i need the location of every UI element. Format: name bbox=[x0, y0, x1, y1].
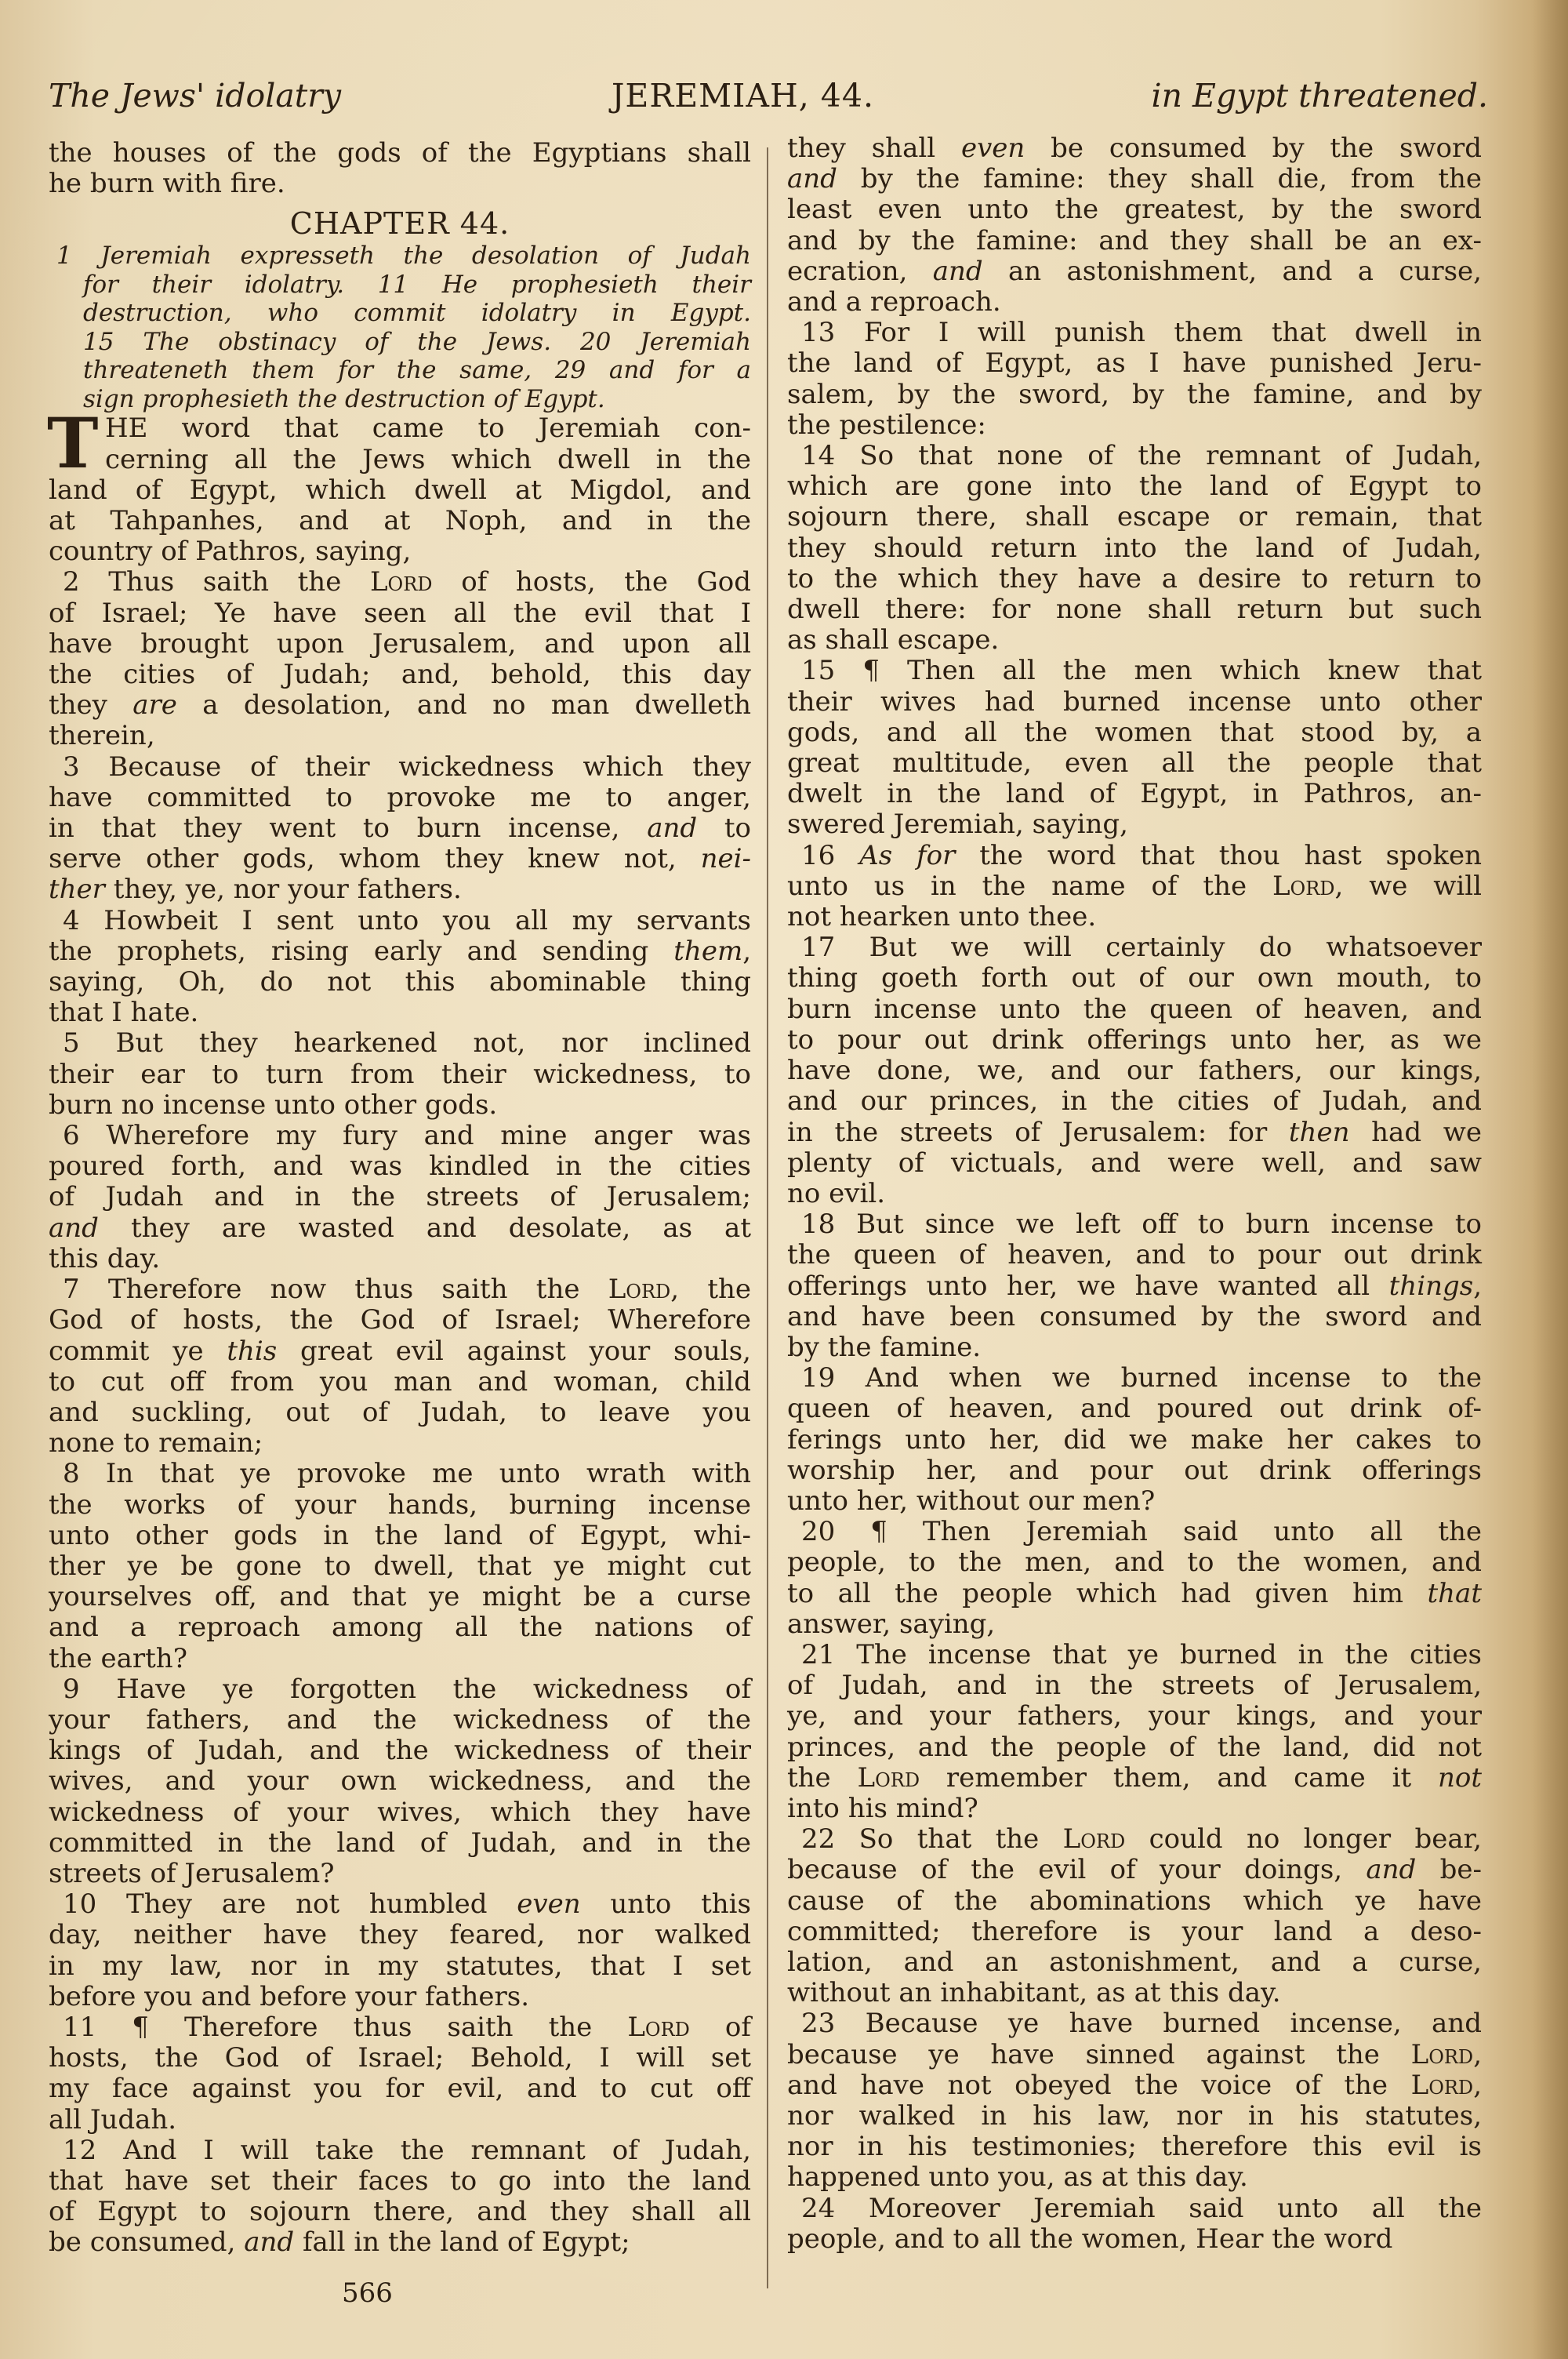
text-line: of Egypt to sojourn there, and they shal… bbox=[49, 2197, 751, 2227]
text-line: saying, Oh, do not this abominable thing bbox=[49, 967, 751, 998]
text-line: 4 Howbeit I sent unto you all my servant… bbox=[49, 906, 751, 936]
text-line: wives, and your own wickedness, and the bbox=[49, 1766, 751, 1797]
verse: 24 Moreover Jeremiah said unto all thepe… bbox=[787, 2194, 1482, 2255]
text-line: and by the famine: they shall die, from … bbox=[787, 164, 1482, 194]
text-line: yourselves off, and that ye might be a c… bbox=[49, 1582, 751, 1612]
text-line: HE word that came to Jeremiah con- bbox=[49, 413, 751, 444]
text-line: princes, and the people of the land, did… bbox=[787, 1732, 1482, 1763]
text-line: 14 So that none of the remnant of Judah, bbox=[787, 441, 1482, 471]
text-line: and have been consumed by the sword and bbox=[787, 1302, 1482, 1332]
summary-line: threateneth them for the same, 29 and fo… bbox=[49, 356, 751, 385]
text-line: 21 The incense that ye burned in the cit… bbox=[787, 1640, 1482, 1670]
text-line: they are a desolation, and no man dwelle… bbox=[49, 690, 751, 721]
text-line: 8 In that ye provoke me unto wrath with bbox=[49, 1459, 751, 1489]
verse: 9 Have ye forgotten the wickedness ofyou… bbox=[49, 1674, 751, 1889]
text-line: swered Jeremiah, saying, bbox=[787, 809, 1482, 840]
text-line: 24 Moreover Jeremiah said unto all the bbox=[787, 2194, 1482, 2224]
text-line: commit ye this great evil against your s… bbox=[49, 1336, 751, 1367]
summary-line: 15 The obstinacy of the Jews. 20 Jeremia… bbox=[49, 328, 751, 357]
text-line: ye, and your fathers, your kings, and yo… bbox=[787, 1701, 1482, 1732]
left-verses: 2 Thus saith the Lord of hosts, the Godo… bbox=[49, 567, 751, 2258]
text-line: great multitude, even all the people tha… bbox=[787, 748, 1482, 779]
text-line: without an inhabitant, as at this day. bbox=[787, 1978, 1482, 2008]
text-line: 19 And when we burned incense to the bbox=[787, 1363, 1482, 1394]
text-line: to the which they have a desire to retur… bbox=[787, 564, 1482, 594]
running-head: The Jews' idolatry JEREMIAH, 44. in Egyp… bbox=[49, 77, 1488, 124]
text-line: unto us in the name of the Lord, we will bbox=[787, 871, 1482, 902]
text-line: 20 ¶ Then Jeremiah said unto all the bbox=[787, 1517, 1482, 1547]
text-line: 9 Have ye forgotten the wickedness of bbox=[49, 1674, 751, 1705]
verse: 10 They are not humbled even unto thisda… bbox=[49, 1889, 751, 2012]
verse: 4 Howbeit I sent unto you all my servant… bbox=[49, 906, 751, 1029]
text-line: have committed to provoke me to anger, bbox=[49, 783, 751, 813]
verse: 5 But they hearkened not, nor inclinedth… bbox=[49, 1028, 751, 1121]
text-line: 22 So that the Lord could no longer bear… bbox=[787, 1824, 1482, 1855]
text-line: by the famine. bbox=[787, 1332, 1482, 1363]
verse: 19 And when we burned incense to thequee… bbox=[787, 1363, 1482, 1517]
text-line: the works of your hands, burning incense bbox=[49, 1490, 751, 1521]
verse: they shall even be consumed by the sword… bbox=[787, 133, 1482, 318]
text-line: 5 But they hearkened not, nor inclined bbox=[49, 1028, 751, 1059]
verse: 15 ¶ Then all the men which knew thatthe… bbox=[787, 656, 1482, 840]
summary-line: sign prophesieth the destruction of Egyp… bbox=[49, 385, 751, 414]
text-line: they should return into the land of Juda… bbox=[787, 533, 1482, 564]
text-line: lation, and an astonishment, and a curse… bbox=[787, 1947, 1482, 1978]
text-line: 2 Thus saith the Lord of hosts, the God bbox=[49, 567, 751, 598]
text-line: into his mind? bbox=[787, 1794, 1482, 1824]
text-line: salem, by the sword, by the famine, and … bbox=[787, 380, 1482, 410]
text-line: least even unto the greatest, by the swo… bbox=[787, 194, 1482, 225]
text-line: that have set their faces to go into the… bbox=[49, 2166, 751, 2197]
summary-line: 1 Jeremiah expresseth the desolation of … bbox=[49, 242, 751, 271]
text-line: dwelt in the land of Egypt, in Pathros, … bbox=[787, 779, 1482, 809]
text-line: 23 Because ye have burned incense, and bbox=[787, 2008, 1482, 2039]
summary-line: for their idolatry. 11 He prophesieth th… bbox=[49, 271, 751, 300]
text-line: kings of Judah, and the wickedness of th… bbox=[49, 1736, 751, 1766]
text-line: 11 ¶ Therefore thus saith the Lord of bbox=[49, 2012, 751, 2043]
verse: 3 Because of their wickedness which they… bbox=[49, 752, 751, 906]
text-line: their ear to turn from their wickedness,… bbox=[49, 1060, 751, 1090]
text-line: dwell there: for none shall return but s… bbox=[787, 594, 1482, 625]
text-line: none to remain; bbox=[49, 1428, 751, 1459]
text-line: in the streets of Jerusalem: for then ha… bbox=[787, 1118, 1482, 1148]
text-line: because ye have sinned against the Lord, bbox=[787, 2040, 1482, 2070]
verse: 6 Wherefore my fury and mine anger waspo… bbox=[49, 1121, 751, 1274]
text-line: wickedness of your wives, which they hav… bbox=[49, 1797, 751, 1828]
text-line: people, and to all the women, Hear the w… bbox=[787, 2224, 1482, 2255]
text-line: the prophets, rising early and sending t… bbox=[49, 936, 751, 967]
text-line: offerings unto her, we have wanted all t… bbox=[787, 1271, 1482, 1302]
text-line: God of hosts, the God of Israel; Wherefo… bbox=[49, 1305, 751, 1336]
text-line: of Israel; Ye have seen all the evil tha… bbox=[49, 598, 751, 629]
verse: 14 So that none of the remnant of Judah,… bbox=[787, 441, 1482, 656]
text-line: people, to the men, and to the women, an… bbox=[787, 1547, 1482, 1578]
text-line: the cities of Judah; and, behold, this d… bbox=[49, 660, 751, 690]
text-line: streets of Jerusalem? bbox=[49, 1859, 751, 1889]
verse: 16 As for the word that thou hast spoken… bbox=[787, 841, 1482, 933]
text-line: of Judah and in the streets of Jerusalem… bbox=[49, 1182, 751, 1212]
text-line: and a reproach. bbox=[787, 287, 1482, 318]
text-line: your fathers, and the wickedness of the bbox=[49, 1705, 751, 1736]
verse: 2 Thus saith the Lord of hosts, the Godo… bbox=[49, 567, 751, 751]
text-line: he burn with fire. bbox=[49, 169, 751, 199]
verse: 23 Because ye have burned incense, andbe… bbox=[787, 2008, 1482, 2193]
text-line: and they are wasted and desolate, as at bbox=[49, 1213, 751, 1244]
text-line: ferings unto her, did we make her cakes … bbox=[787, 1425, 1482, 1456]
text-line: 15 ¶ Then all the men which knew that bbox=[787, 656, 1482, 686]
text-line: the earth? bbox=[49, 1644, 751, 1674]
verse: 11 ¶ Therefore thus saith the Lord ofhos… bbox=[49, 2012, 751, 2135]
text-line: ecration, and an astonishment, and a cur… bbox=[787, 256, 1482, 287]
text-line: the houses of the gods of the Egyptians … bbox=[49, 138, 751, 169]
text-line: not hearken unto thee. bbox=[787, 902, 1482, 932]
text-line: to cut off from you man and woman, child bbox=[49, 1367, 751, 1398]
text-line: 12 And I will take the remnant of Judah, bbox=[49, 2135, 751, 2166]
text-line: committed in the land of Judah, and in t… bbox=[49, 1828, 751, 1859]
text-line: their wives had burned incense unto othe… bbox=[787, 687, 1482, 718]
page-number: 566 bbox=[342, 2277, 393, 2309]
text-line: my face against you for evil, and to cut… bbox=[49, 2074, 751, 2104]
text-line: the land of Egypt, as I have punished Je… bbox=[787, 348, 1482, 379]
text-line: and by the famine: and they shall be an … bbox=[787, 226, 1482, 256]
chapter-title: CHAPTER 44. bbox=[49, 205, 751, 242]
text-line: and our princes, in the cities of Judah,… bbox=[787, 1086, 1482, 1117]
text-line: unto other gods in the land of Egypt, wh… bbox=[49, 1521, 751, 1551]
text-line: 18 But since we left off to burn incense… bbox=[787, 1209, 1482, 1240]
text-line: therein, bbox=[49, 721, 751, 751]
verse: 22 So that the Lord could no longer bear… bbox=[787, 1824, 1482, 2008]
verse: 7 Therefore now thus saith the Lord, the… bbox=[49, 1274, 751, 1459]
text-line: 16 As for the word that thou hast spoken bbox=[787, 841, 1482, 871]
text-line: the queen of heaven, and to pour out dri… bbox=[787, 1240, 1482, 1270]
drop-cap: T bbox=[47, 412, 98, 474]
text-line: worship her, and pour out drink offering… bbox=[787, 1456, 1482, 1486]
right-verses: they shall even be consumed by the sword… bbox=[787, 133, 1482, 2255]
text-line: nor in his testimonies; therefore this e… bbox=[787, 2132, 1482, 2162]
text-line: answer, saying, bbox=[787, 1609, 1482, 1640]
verse: 18 But since we left off to burn incense… bbox=[787, 1209, 1482, 1363]
text-line: they shall even be consumed by the sword bbox=[787, 133, 1482, 164]
text-line: 6 Wherefore my fury and mine anger was bbox=[49, 1121, 751, 1151]
running-head-center: JEREMIAH, 44. bbox=[612, 77, 874, 114]
text-line: queen of heaven, and poured out drink of… bbox=[787, 1394, 1482, 1424]
text-line: which are gone into the land of Egypt to bbox=[787, 471, 1482, 502]
column-divider bbox=[767, 147, 768, 2288]
text-line: 7 Therefore now thus saith the Lord, the bbox=[49, 1274, 751, 1305]
text-line: 13 For I will punish them that dwell in bbox=[787, 318, 1482, 348]
text-line: plenty of victuals, and were well, and s… bbox=[787, 1148, 1482, 1179]
text-line: happened unto you, as at this day. bbox=[787, 2162, 1482, 2193]
bible-page: The Jews' idolatry JEREMIAH, 44. in Egyp… bbox=[0, 0, 1568, 2359]
text-line: thing goeth forth out of our own mouth, … bbox=[787, 963, 1482, 994]
right-column: they shall even be consumed by the sword… bbox=[787, 133, 1482, 2255]
text-line: as shall escape. bbox=[787, 625, 1482, 656]
verse: 21 The incense that ye burned in the cit… bbox=[787, 1640, 1482, 1824]
text-line: burn incense unto the queen of heaven, a… bbox=[787, 994, 1482, 1025]
text-line: committed; therefore is your land a deso… bbox=[787, 1917, 1482, 1947]
running-head-left: The Jews' idolatry bbox=[49, 77, 341, 114]
verse-1: T HE word that came to Jeremiah con- cer… bbox=[49, 413, 751, 567]
text-line: nor walked in his law, nor in his statut… bbox=[787, 2101, 1482, 2132]
chapter-summary: 1 Jeremiah expresseth the desolation of … bbox=[49, 242, 751, 413]
running-head-right: in Egypt threatened. bbox=[1151, 77, 1488, 114]
text-line: ther ye be gone to dwell, that ye might … bbox=[49, 1551, 751, 1582]
text-line: be consumed, and fall in the land of Egy… bbox=[49, 2227, 751, 2258]
text-line: and suckling, out of Judah, to leave you bbox=[49, 1398, 751, 1428]
text-line: and have not obeyed the voice of the Lor… bbox=[787, 2070, 1482, 2101]
text-line: of Judah, and in the streets of Jerusale… bbox=[787, 1670, 1482, 1701]
text-line: country of Pathros, saying, bbox=[49, 536, 751, 567]
text-line: serve other gods, whom they knew not, ne… bbox=[49, 844, 751, 874]
text-line: the pestilence: bbox=[787, 410, 1482, 441]
summary-line: destruction, who commit idolatry in Egyp… bbox=[49, 299, 751, 328]
text-line: have done, we, and our fathers, our king… bbox=[787, 1056, 1482, 1086]
carryover-text: the houses of the gods of the Egyptians … bbox=[49, 138, 751, 199]
text-line: hosts, the God of Israel; Behold, I will… bbox=[49, 2043, 751, 2074]
page-edge-shadow bbox=[1532, 0, 1568, 2359]
verse: 20 ¶ Then Jeremiah said unto all thepeop… bbox=[787, 1517, 1482, 1640]
text-line: 3 Because of their wickedness which they bbox=[49, 752, 751, 783]
text-line: gods, and all the women that stood by, a bbox=[787, 718, 1482, 748]
text-line: at Tahpanhes, and at Noph, and in the bbox=[49, 506, 751, 536]
text-line: in my law, nor in my statutes, that I se… bbox=[49, 1951, 751, 1982]
text-line: ther they, ye, nor your fathers. bbox=[49, 874, 751, 905]
text-line: sojourn there, shall escape or remain, t… bbox=[787, 502, 1482, 533]
verse: 17 But we will certainly do whatsoeverth… bbox=[787, 932, 1482, 1209]
text-line: this day. bbox=[49, 1244, 751, 1274]
text-line: the Lord remember them, and came it not bbox=[787, 1763, 1482, 1794]
text-line: land of Egypt, which dwell at Migdol, an… bbox=[49, 475, 751, 506]
text-line: day, neither have they feared, nor walke… bbox=[49, 1920, 751, 1950]
text-line: 17 But we will certainly do whatsoever bbox=[787, 932, 1482, 963]
text-line: and a reproach among all the nations of bbox=[49, 1612, 751, 1643]
verse: 13 For I will punish them that dwell int… bbox=[787, 318, 1482, 441]
text-line: burn no incense unto other gods. bbox=[49, 1090, 751, 1121]
text-line: unto her, without our men? bbox=[787, 1486, 1482, 1517]
text-line: to all the people which had given him th… bbox=[787, 1579, 1482, 1609]
text-line: have brought upon Jerusalem, and upon al… bbox=[49, 629, 751, 660]
text-line: in that they went to burn incense, and t… bbox=[49, 813, 751, 844]
text-line: before you and before your fathers. bbox=[49, 1982, 751, 2012]
text-line: that I hate. bbox=[49, 998, 751, 1028]
text-line: because of the evil of your doings, and … bbox=[787, 1855, 1482, 1885]
text-line: 10 They are not humbled even unto this bbox=[49, 1889, 751, 1920]
verse: 12 And I will take the remnant of Judah,… bbox=[49, 2135, 751, 2259]
text-line: cerning all the Jews which dwell in the bbox=[49, 445, 751, 475]
text-line: cause of the abominations which ye have bbox=[787, 1886, 1482, 1917]
verse: 8 In that ye provoke me unto wrath witht… bbox=[49, 1459, 751, 1674]
text-line: all Judah. bbox=[49, 2105, 751, 2135]
text-line: to pour out drink offerings unto her, as… bbox=[787, 1025, 1482, 1056]
text-line: no evil. bbox=[787, 1179, 1482, 1209]
text-line: poured forth, and was kindled in the cit… bbox=[49, 1151, 751, 1182]
left-column: the houses of the gods of the Egyptians … bbox=[49, 138, 751, 2259]
